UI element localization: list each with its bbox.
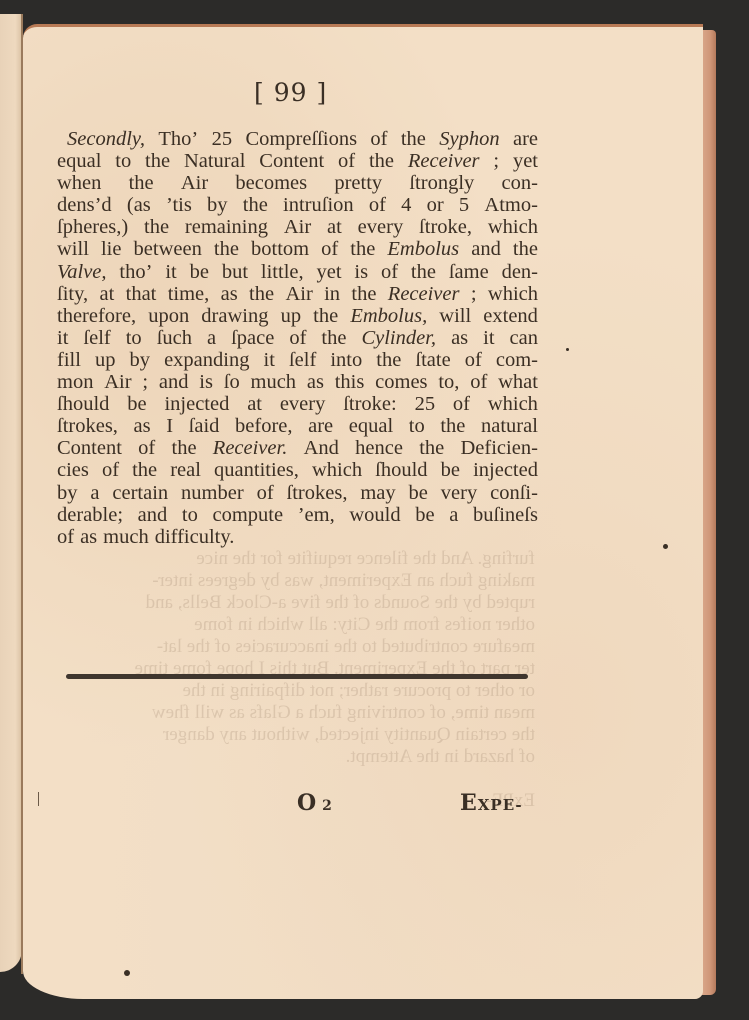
word: of bbox=[369, 194, 386, 216]
word: by bbox=[130, 349, 151, 371]
word: pretty bbox=[334, 172, 382, 194]
word: the bbox=[249, 283, 274, 305]
paragraph-body: Secondly,Tho’25CompreſſionsoftheSyphonar… bbox=[57, 128, 538, 548]
word: Air bbox=[104, 371, 131, 393]
word: And bbox=[304, 437, 339, 459]
word: the bbox=[376, 349, 401, 371]
word: much bbox=[103, 526, 149, 548]
text-line: itſelftoſuchaſpaceoftheCylinder,asitcan bbox=[57, 327, 538, 349]
italic-word: Valve, bbox=[57, 261, 107, 283]
word: conſi- bbox=[490, 482, 538, 504]
italic-word: Secondly, bbox=[67, 128, 145, 150]
word: ſo bbox=[224, 371, 240, 393]
word: the bbox=[313, 305, 338, 327]
word: the bbox=[214, 238, 239, 260]
word: the bbox=[401, 128, 426, 150]
word: it bbox=[57, 327, 68, 349]
word: Content bbox=[259, 150, 324, 172]
word: drawing bbox=[201, 305, 268, 327]
word: of bbox=[370, 128, 387, 150]
word: number bbox=[181, 482, 244, 504]
word: to bbox=[409, 415, 425, 437]
word: ſtrokes, bbox=[57, 415, 118, 437]
ink-speck bbox=[566, 348, 569, 351]
word: is bbox=[354, 261, 368, 283]
word: but bbox=[222, 261, 248, 283]
word: fill bbox=[57, 349, 81, 371]
text-line: ſity,atthattime,astheAirintheReceiver;wh… bbox=[57, 283, 538, 305]
signature-letter: O bbox=[297, 790, 316, 816]
word: (as bbox=[127, 194, 151, 216]
word: derable; bbox=[57, 504, 123, 526]
word: as bbox=[221, 283, 238, 305]
word: a bbox=[449, 504, 458, 526]
word: ’tis bbox=[166, 194, 192, 216]
word: tho’ bbox=[119, 261, 152, 283]
word: 25 bbox=[415, 393, 436, 415]
signature-mark: O2 bbox=[297, 790, 332, 816]
word: between bbox=[134, 238, 202, 260]
word: the bbox=[243, 194, 268, 216]
word: of bbox=[453, 393, 470, 415]
word: becomes bbox=[235, 172, 307, 194]
text-line: byacertainnumberofſtrokes,maybeveryconſi… bbox=[57, 482, 538, 504]
word: 5 bbox=[459, 194, 469, 216]
word: ſhould bbox=[375, 459, 427, 481]
word: be bbox=[441, 459, 460, 481]
word: ſhould bbox=[57, 393, 109, 415]
word: which bbox=[312, 459, 362, 481]
word: yet bbox=[513, 150, 538, 172]
word: of bbox=[381, 261, 398, 283]
word: to bbox=[182, 504, 198, 526]
word: cies bbox=[57, 459, 89, 481]
word: and bbox=[138, 504, 168, 526]
text-line: ofasmuchdifficulty. bbox=[57, 526, 538, 548]
word: mon bbox=[57, 371, 93, 393]
word: the bbox=[419, 437, 444, 459]
word: every bbox=[358, 216, 404, 238]
italic-word: Receiver. bbox=[213, 437, 288, 459]
text-line: derable;andtocompute’em,wouldbeabuſineſs bbox=[57, 504, 538, 526]
word: the bbox=[350, 238, 375, 260]
word: as bbox=[307, 371, 324, 393]
word: or bbox=[427, 194, 444, 216]
word: injected bbox=[473, 459, 538, 481]
word: is bbox=[199, 371, 213, 393]
word: of bbox=[57, 526, 74, 548]
word: and bbox=[471, 238, 501, 260]
word: ſtrongly bbox=[409, 172, 474, 194]
word: the bbox=[321, 327, 346, 349]
word: ’em, bbox=[298, 504, 335, 526]
ink-speck bbox=[124, 970, 130, 976]
word: to bbox=[115, 150, 131, 172]
horizontal-rule bbox=[66, 674, 528, 679]
word: little, bbox=[261, 261, 304, 283]
word: natural bbox=[481, 415, 538, 437]
text-line: whentheAirbecomesprettyſtronglycon- bbox=[57, 172, 538, 194]
word: real bbox=[170, 459, 201, 481]
word: equal bbox=[349, 415, 393, 437]
facing-page-edge bbox=[0, 14, 22, 972]
word: I bbox=[166, 415, 173, 437]
word: time, bbox=[168, 283, 210, 305]
word: difficulty. bbox=[155, 526, 235, 548]
catchword: EXPE- bbox=[460, 790, 523, 816]
word: buſineſs bbox=[473, 504, 538, 526]
word: of bbox=[465, 349, 482, 371]
word: of bbox=[321, 238, 338, 260]
word: 4 bbox=[401, 194, 411, 216]
word: when bbox=[57, 172, 101, 194]
word: will bbox=[57, 238, 89, 260]
word: Tho’ bbox=[158, 128, 198, 150]
text-line: equaltotheNaturalContentoftheReceiver;ye… bbox=[57, 150, 538, 172]
ink-speck bbox=[663, 544, 668, 549]
word: comes bbox=[375, 371, 427, 393]
word: lie bbox=[101, 238, 122, 260]
word: it bbox=[264, 349, 275, 371]
word: ſity, bbox=[57, 283, 88, 305]
word: into bbox=[330, 349, 362, 371]
word: it bbox=[165, 261, 176, 283]
word: the bbox=[132, 459, 157, 481]
word: of bbox=[289, 327, 306, 349]
word: com- bbox=[496, 349, 538, 371]
word: which bbox=[488, 393, 538, 415]
text-line: ContentoftheReceiver.AndhencetheDeficien… bbox=[57, 437, 538, 459]
word: that bbox=[126, 283, 157, 305]
word: which bbox=[488, 216, 538, 238]
word: upon bbox=[148, 305, 189, 327]
word: at bbox=[247, 393, 262, 415]
word: equal bbox=[57, 150, 101, 172]
word: Air bbox=[285, 283, 312, 305]
word: ; bbox=[471, 283, 477, 305]
text-line: monAir;andisſomuchasthiscomesto,ofwhat bbox=[57, 371, 538, 393]
word: to bbox=[126, 327, 142, 349]
word: expanding bbox=[164, 349, 249, 371]
text-line: dens’d(as’tisbytheintruſionof4or5Atmo- bbox=[57, 194, 538, 216]
word: yet bbox=[316, 261, 341, 283]
word: ſuch bbox=[157, 327, 192, 349]
word: Natural bbox=[184, 150, 245, 172]
margin-mark bbox=[38, 792, 39, 806]
text-line: willliebetweenthebottomoftheEmbolusandth… bbox=[57, 238, 538, 260]
text-line: therefore,upondrawinguptheEmbolus,willex… bbox=[57, 305, 538, 327]
word: up bbox=[281, 305, 302, 327]
text-line: fillupbyexpandingitſelfintotheſtateofcom… bbox=[57, 349, 538, 371]
word: den- bbox=[502, 261, 538, 283]
word: extend bbox=[483, 305, 538, 327]
word: as bbox=[80, 526, 97, 548]
italic-word: Embolus, bbox=[350, 305, 427, 327]
word: are bbox=[308, 415, 333, 437]
word: this bbox=[335, 371, 365, 393]
word: the bbox=[513, 238, 538, 260]
word: ; bbox=[493, 150, 499, 172]
word: as bbox=[134, 415, 151, 437]
word: be bbox=[415, 504, 434, 526]
word: can bbox=[510, 327, 538, 349]
word: may bbox=[360, 482, 395, 504]
page-number: [ 99 ] bbox=[254, 78, 327, 107]
word: ſtroke: bbox=[343, 393, 397, 415]
word: Atmo- bbox=[484, 194, 538, 216]
word: the bbox=[145, 150, 170, 172]
word: injected bbox=[164, 393, 229, 415]
italic-word: Embolus bbox=[387, 238, 459, 260]
word: of bbox=[257, 482, 274, 504]
word: of bbox=[102, 459, 119, 481]
word: Content bbox=[57, 437, 122, 459]
word: by bbox=[57, 482, 78, 504]
scanned-book-spread: furfing. And the filence requifite for t… bbox=[0, 0, 749, 1020]
word: the bbox=[369, 150, 394, 172]
word: very bbox=[441, 482, 477, 504]
word: in bbox=[324, 283, 340, 305]
text-line: Secondly,Tho’25CompreſſionsoftheSyphonar… bbox=[57, 128, 538, 150]
word: before, bbox=[235, 415, 292, 437]
text-line: ſtrokes,asIſaidbefore,areequaltothenatur… bbox=[57, 415, 538, 437]
page-fore-edge bbox=[702, 30, 716, 995]
word: be bbox=[409, 482, 428, 504]
word: ſtrokes, bbox=[287, 482, 348, 504]
catchword-rest: XPE- bbox=[478, 796, 523, 814]
text-line: ſhouldbeinjectedateveryſtroke:25ofwhich bbox=[57, 393, 538, 415]
word: con- bbox=[501, 172, 537, 194]
word: of bbox=[338, 150, 355, 172]
word: dens’d bbox=[57, 194, 112, 216]
word: to, bbox=[438, 371, 459, 393]
word: compute bbox=[213, 504, 284, 526]
word: Air bbox=[181, 172, 208, 194]
word: be bbox=[190, 261, 209, 283]
catchword-initial: E bbox=[460, 790, 478, 816]
word: much bbox=[251, 371, 297, 393]
word: Deficien- bbox=[461, 437, 538, 459]
word: the bbox=[411, 261, 436, 283]
word: ſpace bbox=[231, 327, 274, 349]
word: it bbox=[483, 327, 494, 349]
italic-word: Syphon bbox=[439, 128, 499, 150]
word: would bbox=[349, 504, 400, 526]
word: ſtate bbox=[415, 349, 450, 371]
italic-word: Receiver bbox=[408, 150, 480, 172]
word: up bbox=[95, 349, 116, 371]
word: the bbox=[129, 172, 154, 194]
text-line: Valve,tho’itbebutlittle,yetisoftheſamede… bbox=[57, 261, 538, 283]
signature-number: 2 bbox=[322, 798, 332, 814]
word: are bbox=[513, 128, 538, 150]
word: and bbox=[159, 371, 189, 393]
word: remaining bbox=[185, 216, 268, 238]
word: ſame bbox=[449, 261, 489, 283]
word: what bbox=[498, 371, 538, 393]
word: by bbox=[207, 194, 228, 216]
word: of bbox=[138, 437, 155, 459]
word: therefore, bbox=[57, 305, 136, 327]
word: the bbox=[172, 437, 197, 459]
word: as bbox=[451, 327, 468, 349]
word: ſpheres,) bbox=[57, 216, 128, 238]
word: will bbox=[439, 305, 471, 327]
word: the bbox=[351, 283, 376, 305]
word: ; bbox=[142, 371, 148, 393]
word: ſaid bbox=[189, 415, 220, 437]
word: of bbox=[470, 371, 487, 393]
word: bottom bbox=[251, 238, 309, 260]
text-line: ſpheres,)theremainingAirateveryſtroke,wh… bbox=[57, 216, 538, 238]
word: the bbox=[440, 415, 465, 437]
word: ſelf bbox=[289, 349, 316, 371]
word: 25 bbox=[212, 128, 233, 150]
word: Air bbox=[284, 216, 311, 238]
word: a bbox=[207, 327, 216, 349]
word: certain bbox=[112, 482, 168, 504]
word: hence bbox=[355, 437, 403, 459]
word: be bbox=[127, 393, 146, 415]
word: every bbox=[280, 393, 326, 415]
italic-word: Receiver bbox=[388, 283, 460, 305]
word: the bbox=[144, 216, 169, 238]
word: ſelf bbox=[83, 327, 110, 349]
italic-word: Cylinder, bbox=[361, 327, 436, 349]
word: intruſion bbox=[283, 194, 354, 216]
word: quantities, bbox=[214, 459, 299, 481]
text-line: ciesoftherealquantities,whichſhouldbeinj… bbox=[57, 459, 538, 481]
word: a bbox=[90, 482, 99, 504]
word: Compreſſions bbox=[245, 128, 357, 150]
word: ſtroke, bbox=[419, 216, 472, 238]
word: at bbox=[327, 216, 342, 238]
word: at bbox=[99, 283, 114, 305]
word: which bbox=[488, 283, 538, 305]
